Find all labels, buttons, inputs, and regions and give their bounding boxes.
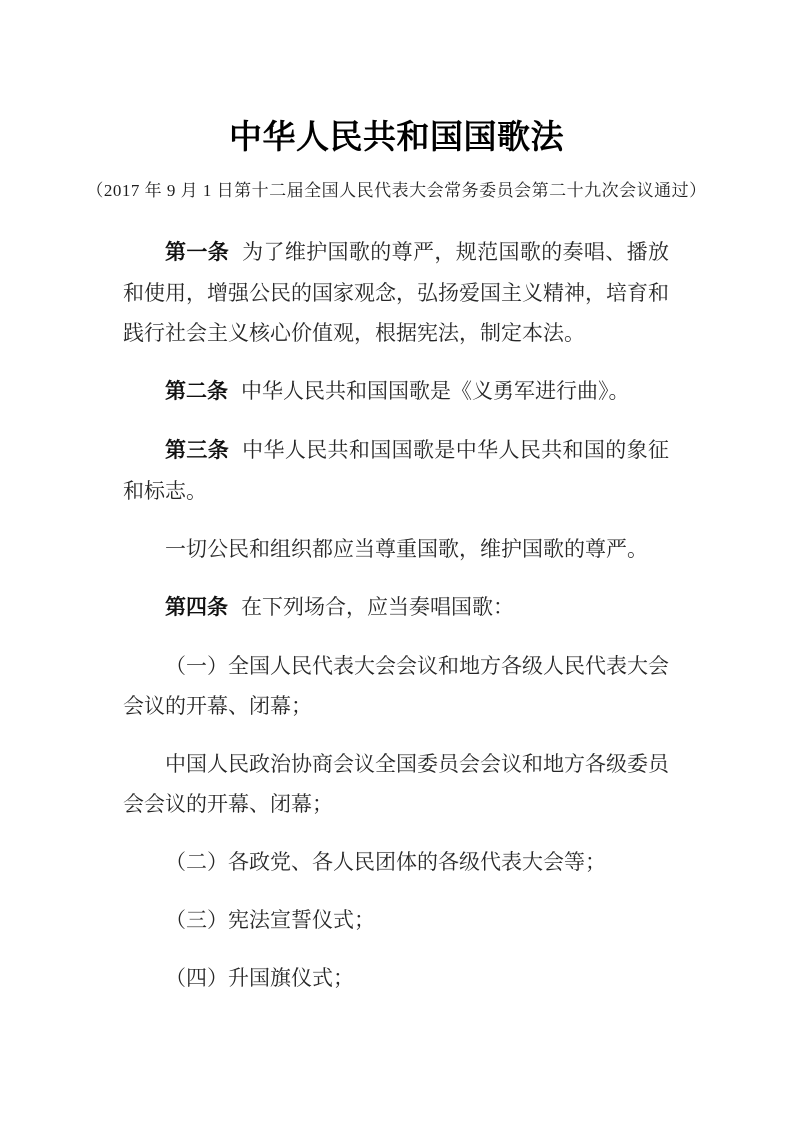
paragraph-text: （一）全国人民代表大会会议和地方各级人民代表大会会议的开幕、闭幕； [123, 654, 669, 718]
paragraphs: 第一条为了维护国歌的尊严，规范国歌的奏唱、播放和使用，增强公民的国家观念，弘扬爱… [123, 232, 669, 998]
document-title: 中华人民共和国国歌法 [0, 0, 793, 162]
paragraph-text: （二）各政党、各人民团体的各级代表大会等； [165, 850, 606, 874]
body-paragraph: 第一条为了维护国歌的尊严，规范国歌的奏唱、播放和使用，增强公民的国家观念，弘扬爱… [123, 232, 669, 353]
paragraph-text: 中华人民共和国国歌是《义勇军进行曲》。 [241, 379, 630, 403]
body-paragraph: 第四条在下列场合，应当奏唱国歌： [123, 587, 669, 628]
document-page: 中华人民共和国国歌法 （2017 年 9 月 1 日第十二届全国人民代表大会常务… [0, 0, 793, 1122]
body-paragraph: 第二条中华人民共和国国歌是《义勇军进行曲》。 [123, 371, 669, 412]
article-label: 第二条 [165, 380, 241, 403]
paragraph-text: 中国人民政治协商会议全国委员会会议和地方各级委员会会议的开幕、闭幕； [123, 752, 669, 816]
article-label: 第一条 [165, 241, 242, 264]
body-paragraph: 一切公民和组织都应当尊重国歌，维护国歌的尊严。 [123, 529, 669, 569]
body-paragraph: 中国人民政治协商会议全国委员会会议和地方各级委员会会议的开幕、闭幕； [123, 744, 669, 824]
body-paragraph: 第三条中华人民共和国国歌是中华人民共和国的象征和标志。 [123, 430, 669, 511]
body-paragraph: （二）各政党、各人民团体的各级代表大会等； [123, 842, 669, 882]
paragraph-text: （四）升国旗仪式； [165, 966, 354, 990]
paragraph-text: 在下列场合，应当奏唱国歌： [241, 595, 514, 619]
body-paragraph: （三）宪法宣誓仪式； [123, 900, 669, 940]
body-paragraph: （四）升国旗仪式； [123, 958, 669, 998]
document-subtitle: （2017 年 9 月 1 日第十二届全国人民代表大会常务委员会第二十九次会议通… [0, 178, 793, 204]
paragraph-text: （三）宪法宣誓仪式； [165, 908, 375, 932]
body-paragraph: （一）全国人民代表大会会议和地方各级人民代表大会会议的开幕、闭幕； [123, 646, 669, 726]
article-label: 第四条 [165, 596, 241, 619]
article-label: 第三条 [165, 439, 242, 462]
paragraph-text: 一切公民和组织都应当尊重国歌，维护国歌的尊严。 [165, 537, 648, 561]
